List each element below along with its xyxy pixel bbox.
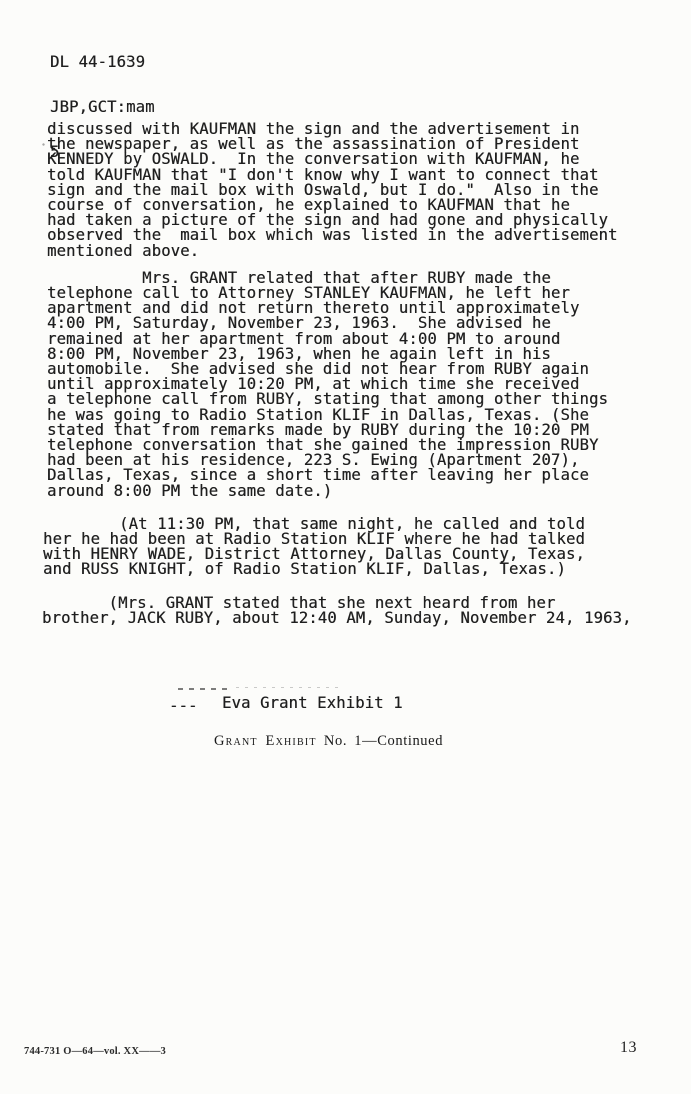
document-body: discussed with KAUFMAN the sign and the … [47,122,657,626]
ink-speck [126,58,133,61]
ink-speck [42,143,45,146]
faint-line-segment [178,688,230,690]
exhibit-caption-rest: No. 1—Continued [324,733,443,749]
document-page: DL 44-1639 JBP,GCT:mam 5 discussed with … [0,0,691,1094]
exhibit-caption: Grant Exhibit No. 1—Continued [214,733,443,750]
header-file-number: DL 44-1639 [50,55,155,69]
paragraph: Mrs. GRANT related that after RUBY made … [47,271,657,499]
faint-dotted-line [178,687,340,690]
paragraph: discussed with KAUFMAN the sign and the … [47,122,657,259]
dash-mark: --- [169,699,198,714]
exhibit-caption-smallcaps: Grant Exhibit [214,733,317,749]
faint-line-segment [236,687,340,688]
page-number: 13 [620,1039,637,1057]
header-initials: JBP,GCT:mam [50,100,155,114]
paragraph: (Mrs. GRANT stated that she next heard f… [42,596,657,626]
print-code: 744-731 O—64—vol. XX——3 [24,1046,166,1057]
exhibit-label: Eva Grant Exhibit 1 [222,696,403,711]
paragraph: (At 11:30 PM, that same night, he called… [43,517,657,578]
